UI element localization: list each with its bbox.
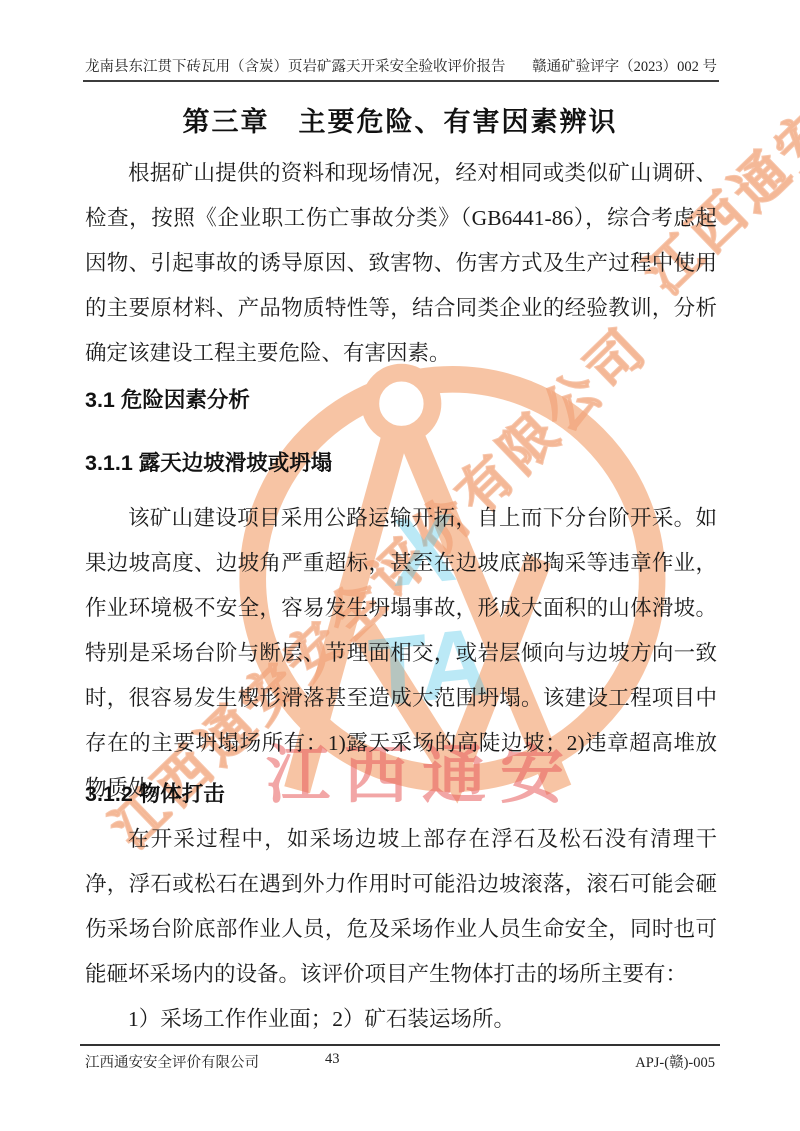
paragraph-3-1-1: 该矿山建设项目采用公路运输开拓，自上而下分台阶开采。如果边坡高度、边坡角严重超标…	[85, 496, 717, 811]
paragraph-3-1-2-list: 1）采场工作作业面；2）矿石装运场所。	[85, 997, 717, 1042]
header-report-title: 龙南县东江贯下砖瓦用（含炭）页岩矿露天开采安全验收评价报告	[85, 55, 506, 76]
heading-3-1-2: 3.1.2 物体打击	[85, 777, 225, 808]
footer-rule	[80, 1044, 720, 1046]
document-content: 龙南县东江贯下砖瓦用（含炭）页岩矿露天开采安全验收评价报告 赣通矿验评字（202…	[0, 0, 800, 1131]
heading-3-1-1: 3.1.1 露天边坡滑坡或坍塌	[85, 446, 332, 477]
footer-company: 江西通安安全评价有限公司	[85, 1051, 259, 1072]
chapter-title: 第三章 主要危险、有害因素辨识	[0, 100, 800, 139]
intro-paragraph: 根据矿山提供的资料和现场情况，经对相同或类似矿山调研、检查，按照《企业职工伤亡事…	[85, 151, 717, 376]
page-header: 龙南县东江贯下砖瓦用（含炭）页岩矿露天开采安全验收评价报告 赣通矿验评字（202…	[85, 55, 717, 76]
footer-doc-code: APJ-(赣)-005	[635, 1051, 715, 1072]
paragraph-3-1-2: 在开采过程中，如采场边坡上部存在浮石及松石没有清理干净，浮石或松石在遇到外力作用…	[85, 817, 717, 997]
header-rule	[83, 80, 719, 82]
heading-3-1: 3.1 危险因素分析	[85, 383, 250, 414]
footer-page-number: 43	[325, 1051, 340, 1068]
report-page: 江西通安安全评价有限公司 江西通安安全评价有限公司 X TA 江西通安 龙南县东…	[0, 0, 800, 1131]
header-doc-number: 赣通矿验评字（2023）002 号	[532, 55, 717, 76]
